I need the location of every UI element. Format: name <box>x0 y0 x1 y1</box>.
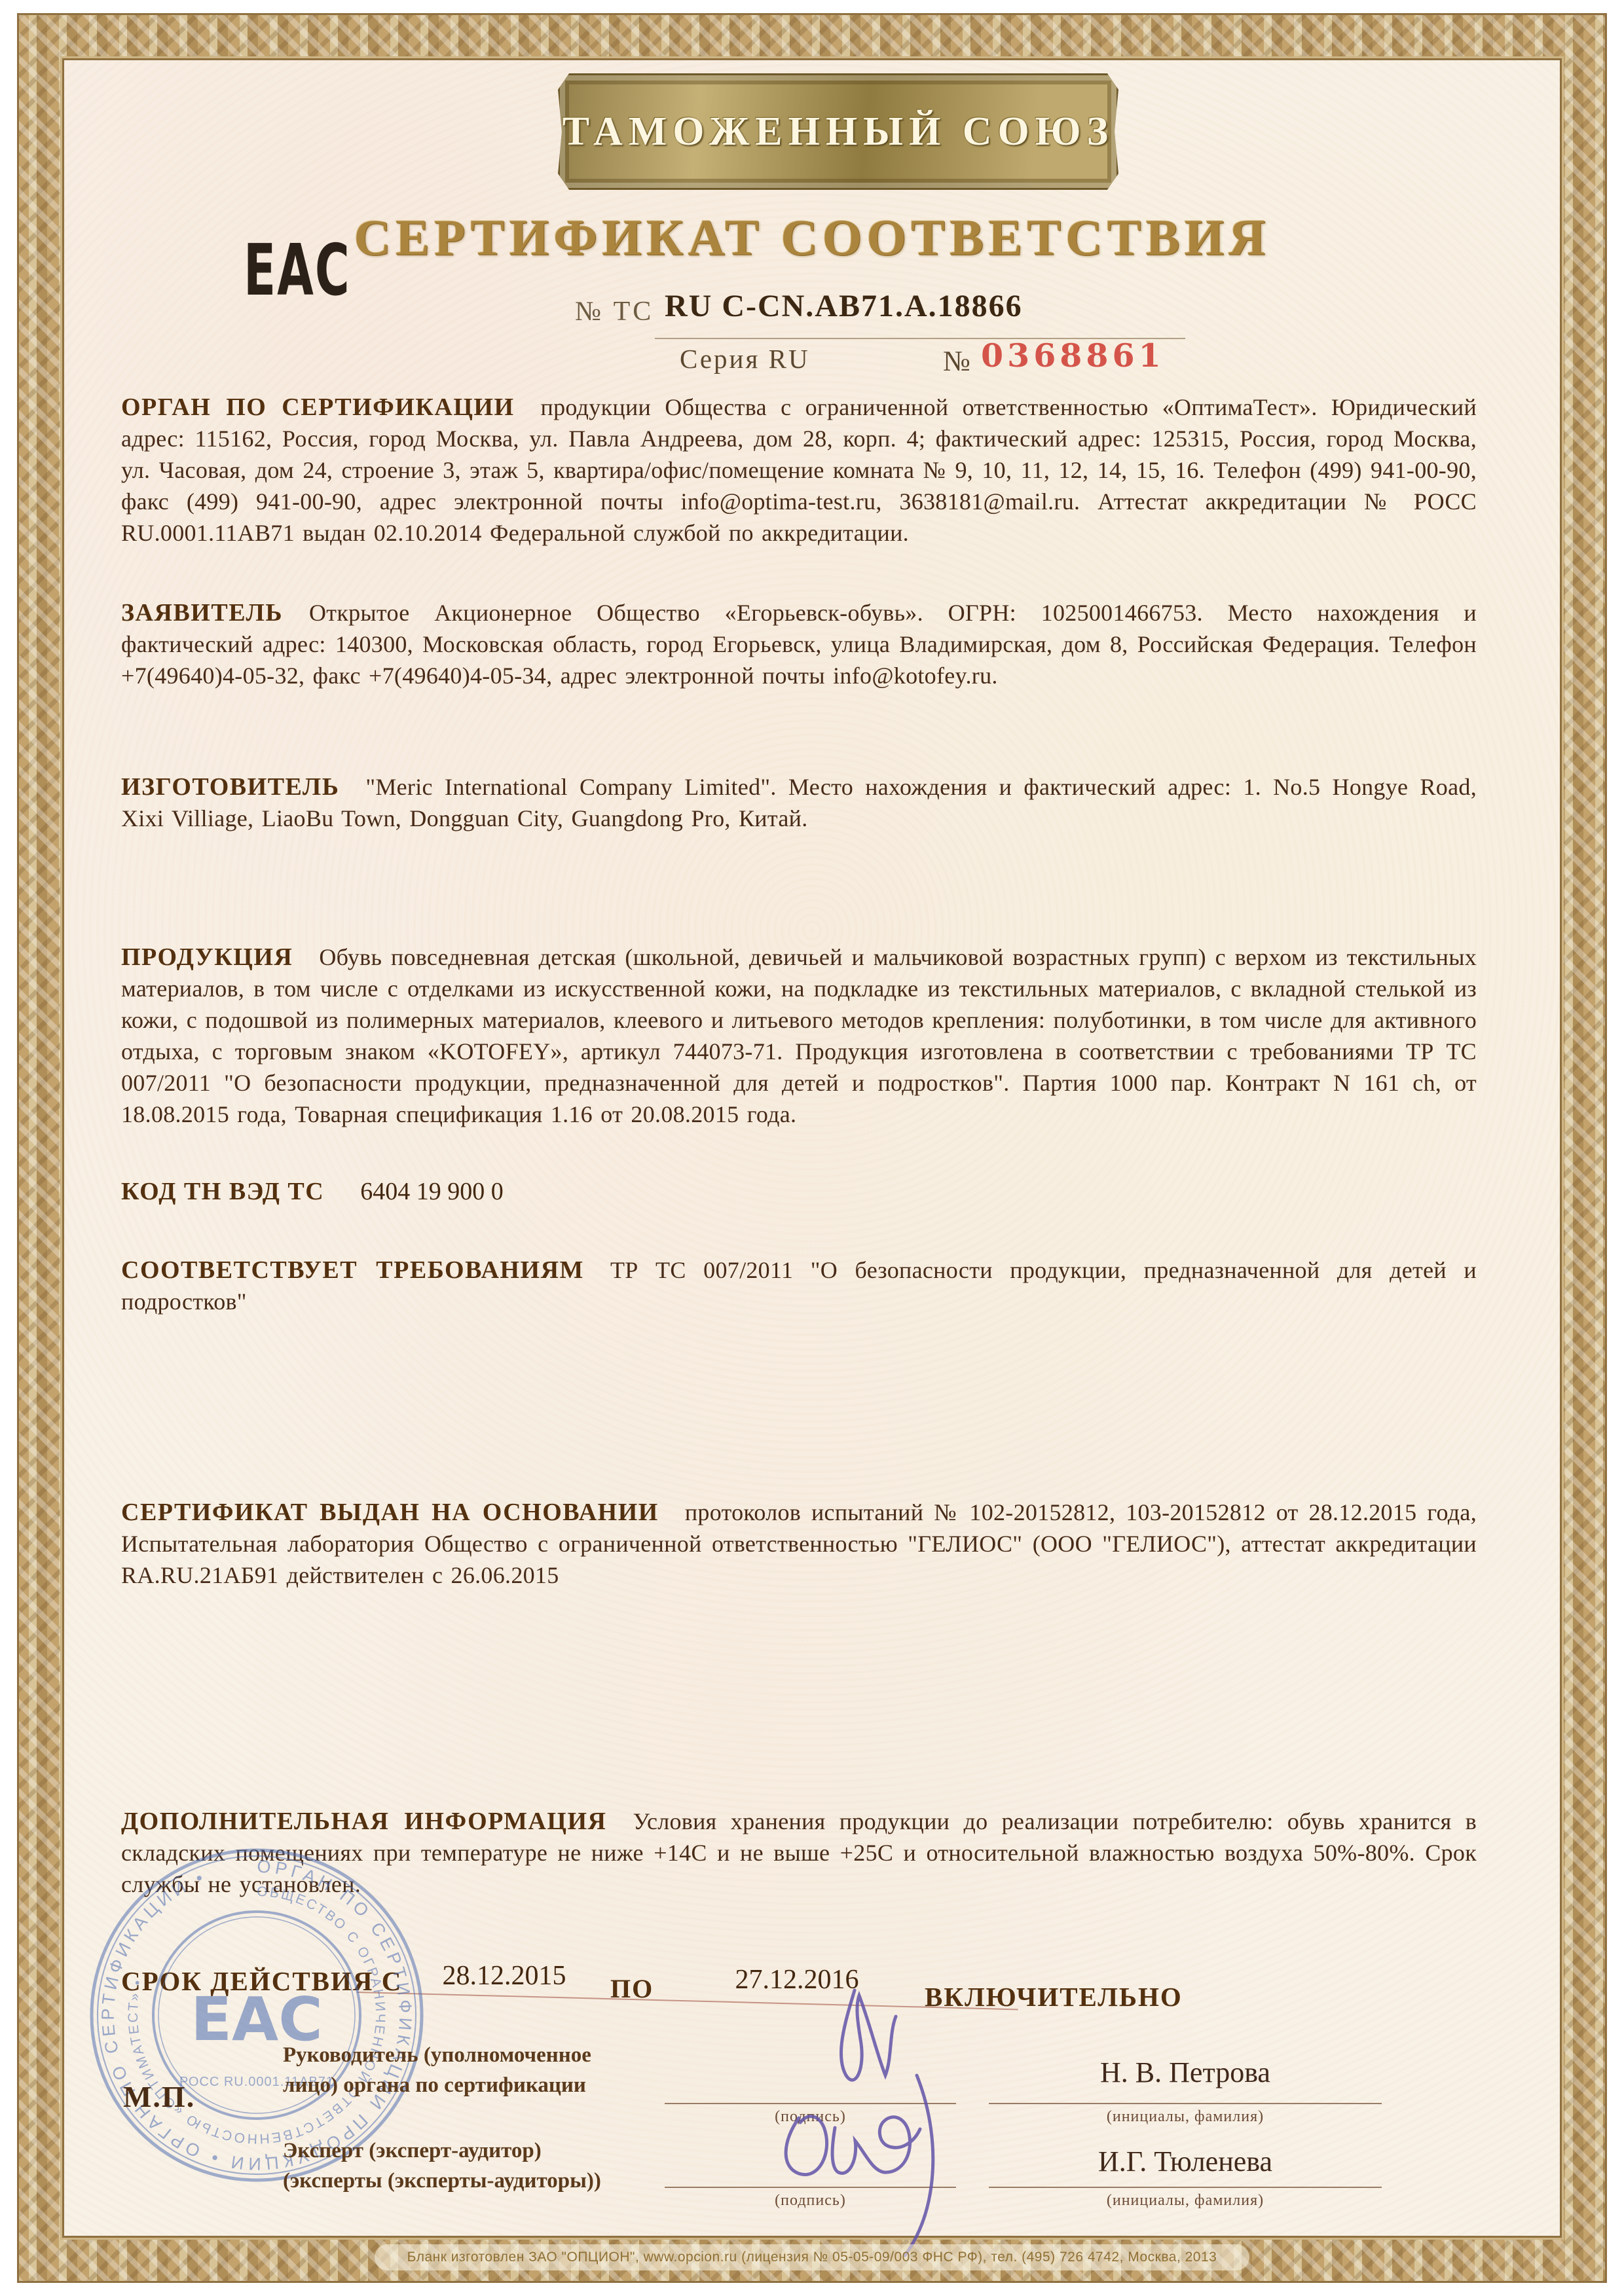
series-label: Серия RU <box>680 343 810 374</box>
tnved-code-value: 6404 19 900 0 <box>360 1178 504 1205</box>
series-no-sign: № <box>943 344 970 378</box>
expert-role-line2: (эксперты (эксперты-аудиторы)) <box>283 2166 702 2196</box>
document-title: СЕРТИФИКАТ СООТВЕТСТВИЯ <box>0 208 1624 267</box>
section-issued-on-basis: СЕРТИФИКАТ ВЫДАН НА ОСНОВАНИИпротоколов … <box>121 1497 1477 1591</box>
handwritten-signatures <box>720 1977 1061 2265</box>
mp-seal-place-label: М.П. <box>123 2079 195 2114</box>
cert-number-value: RU C-CN.АВ71.А.18866 <box>665 288 1023 324</box>
validity-po-label: ПО <box>610 1973 654 2004</box>
section-label: СЕРТИФИКАТ ВЫДАН НА ОСНОВАНИИ <box>121 1499 685 1526</box>
series-serial-number: 0368861 <box>981 337 1165 374</box>
section-complies-with: СООТВЕТСТВУЕТ ТРЕБОВАНИЯМТР ТС 007/2011 … <box>121 1254 1477 1317</box>
section-text: Обувь повседневная детская (школьной, де… <box>121 944 1477 1127</box>
customs-union-banner: ТАМОЖЕННЫЙ СОЮЗ <box>558 73 1118 190</box>
section-label: ДОПОЛНИТЕЛЬНАЯ ИНФОРМАЦИЯ <box>121 1808 633 1835</box>
expert-role-label: Эксперт (эксперт-аудитор) (эксперты (экс… <box>283 2136 702 2196</box>
section-applicant: ЗАЯВИТЕЛЬОткрытое Акционерное Общество «… <box>121 597 1477 691</box>
banner-text: ТАМОЖЕННЫЙ СОЮЗ <box>563 109 1115 155</box>
section-manufacturer: ИЗГОТОВИТЕЛЬ"Meric International Company… <box>121 771 1477 834</box>
section-label: СООТВЕТСТВУЕТ ТРЕБОВАНИЯМ <box>121 1256 610 1284</box>
section-label: ЗАЯВИТЕЛЬ <box>121 599 309 627</box>
section-certification-body: ОРГАН ПО СЕРТИФИКАЦИИпродукции Общества … <box>121 392 1477 549</box>
section-label: КОД ТН ВЭД ТС <box>121 1178 360 1205</box>
head-role-line1: Руководитель (уполномоченное <box>283 2040 702 2070</box>
section-label: ИЗГОТОВИТЕЛЬ <box>121 773 365 801</box>
section-label: ОРГАН ПО СЕРТИФИКАЦИИ <box>121 393 541 421</box>
cert-number-label: № ТС <box>575 296 654 327</box>
head-role-label: Руководитель (уполномоченное лицо) орган… <box>283 2040 702 2100</box>
section-text: Открытое Акционерное Общество «Егорьевск… <box>121 600 1477 689</box>
section-label: ПРОДУКЦИЯ <box>121 943 319 971</box>
head-role-line2: лицо) органа по сертификации <box>283 2070 702 2100</box>
blank-manufacturer-fineprint: Бланк изготовлен ЗАО "ОПЦИОН", www.opcio… <box>375 2244 1249 2270</box>
section-products: ПРОДУКЦИЯОбувь повседневная детская (шко… <box>121 941 1477 1130</box>
section-tnved-code: КОД ТН ВЭД ТС6404 19 900 0 <box>121 1177 504 1206</box>
expert-role-line1: Эксперт (эксперт-аудитор) <box>283 2136 702 2166</box>
certificate-page: ЕАС ТАМОЖЕННЫЙ СОЮЗ СЕРТИФИКАТ СООТВЕТСТ… <box>0 0 1624 2296</box>
validity-date-from: 28.12.2015 <box>416 1960 593 1992</box>
